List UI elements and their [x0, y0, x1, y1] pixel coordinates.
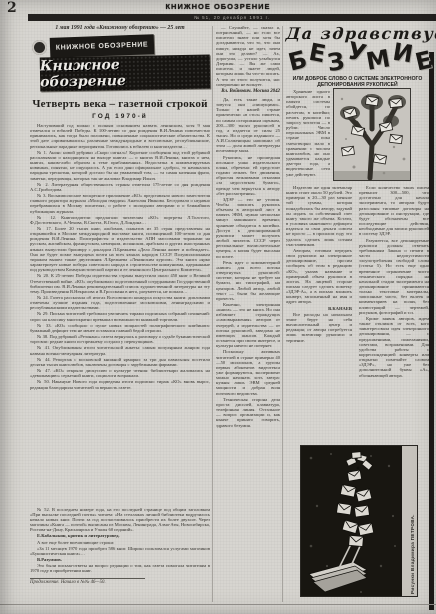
paragraph: № 44. Репортаж с московской книжной ярма… — [30, 357, 210, 367]
paragraph: № 17. Более 20 тысяч книг, альбомов, пла… — [30, 226, 210, 272]
newspaper-logo-graphic: КНИЖНОЕ ОБОЗРЕНИЕ Книжное обозрение — [30, 34, 210, 92]
left-article-headline: Четверть века – газетной строкой — [30, 98, 210, 110]
anniversary-line: 1 мая 1991 года «Книжному обозрению» — 2… — [30, 25, 210, 31]
paragraph: № 3. Восьмиполосное воскресное приложени… — [30, 193, 210, 214]
paragraph: Техническая сторона дела проста: дисплей… — [216, 397, 280, 428]
paragraph: № 50. Накануне Нового года подведены ито… — [30, 379, 210, 389]
right-article: Да здравствует БЕЗУМИЕ ИЛИ ДОБРОЕ СЛОВО … — [286, 25, 429, 605]
illustration-envelope-tree — [333, 88, 411, 181]
epigraph-quote: — Слушайте, — сказал я, потрясенный, — н… — [216, 25, 280, 87]
issue-date-band: № 51, 20 декабря 1991 г. — [28, 14, 436, 21]
paragraph: Кроме заявок авторов, ждем также отклико… — [359, 316, 429, 378]
paragraph: № 12. Книгоиздатели предлагали читателям… — [30, 215, 210, 225]
paragraph: № 47. «КО» открыло дискуссию о культуре … — [30, 368, 210, 378]
illustration-envelope-bird: Рисунки Владимира ПЕТРОВА. — [300, 445, 418, 597]
paragraph: № 33. «КО» сообщало о пуске новых мощнос… — [30, 323, 210, 333]
paragraph: Авторам, готовым передать свои рукописи … — [286, 248, 352, 305]
paragraph: № 38. Под рубрикой «Резонанс» газета вер… — [30, 334, 210, 344]
paragraph: Все расходы на начальном этапе берут на … — [286, 312, 352, 343]
art-word-bezumie: БЕЗУМИЕ — [286, 41, 433, 77]
paragraph: № 2. Литературная общественность страны … — [30, 182, 210, 192]
paragraph: Конечно, электронная «книга» — это не кн… — [216, 302, 280, 348]
paragraph: Е.Кабалыкин, критик и литературовед. — [30, 533, 210, 538]
paragraph: Речь идет о компьютерной «нише» для всег… — [216, 260, 280, 301]
paragraph: А вот еще более впечатляющие строки: — [30, 540, 210, 545]
left-article-closing: № 52. В последнем номере года, на его по… — [30, 507, 210, 575]
paragraph: Да, есть такие люди, и зовутся они «пишу… — [216, 97, 280, 154]
paragraph: Хранение одного авторского листа в памят… — [286, 89, 330, 177]
epigraph-source: Вл. Войнович. Москва 2042 — [216, 89, 280, 94]
paragraph: № 20. К 25-летию Победы издательства стр… — [30, 273, 210, 294]
epigraph-text: — Слушайте, — сказал я, потрясенный, — н… — [216, 25, 280, 87]
paragraph: № 1. Анонс новой рубрики «Скоро сигнал»!… — [30, 150, 210, 181]
middle-column: — Слушайте, — сказал я, потрясенный, — н… — [216, 25, 280, 603]
paragraph: Если количество таких писем превысит 300… — [359, 185, 429, 237]
column-rule-right — [282, 26, 283, 602]
left-article-body: Наступивший год можно с полным основание… — [30, 123, 210, 507]
envelope-bird-drawing — [301, 446, 417, 596]
paragraph: «За 11 месяцев 1970 года приобрел 586 кн… — [30, 546, 210, 556]
envelope-tree-drawing — [334, 89, 410, 180]
logo-banner-main: Книжное обозрение — [40, 55, 211, 92]
paragraph: Наступивший год можно с полным основание… — [30, 123, 210, 149]
right-article-column-a: Издателю же один экземпляр книги стоит о… — [286, 185, 352, 441]
art-letter: И — [390, 40, 415, 79]
paragraph: В.КАНАЕВ — [286, 306, 352, 311]
paragraph: № 29. Письма читателей требовали увеличи… — [30, 311, 210, 321]
art-letter: Е — [305, 40, 328, 78]
page-edge-bar — [429, 52, 434, 610]
paragraph: № 41. Опубликованы итоги читательской ан… — [30, 345, 210, 355]
paragraph: Это были письма-ответы на вопрос редакци… — [30, 563, 210, 573]
art-letter: У — [342, 38, 368, 77]
paragraph: ЗДЭР — это не утопия. Чтобы записать рук… — [216, 197, 280, 259]
right-article-subtitle: ИЛИ ДОБРОЕ СЛОВО О СИСТЕМЕ ЭЛЕКТРОННОГО … — [286, 77, 429, 88]
paragraph: Разумеется, все депонируемые рукописи до… — [359, 238, 429, 315]
column-rule-left — [212, 26, 213, 602]
middle-column-body: Да, есть такие люди, и зовутся они «пишу… — [216, 97, 280, 428]
paragraph: В.Разумнов. — [30, 557, 210, 562]
newspaper-page: 2 КНИЖНОЕ ОБОЗРЕНИЕ № 51, 20 декабря 199… — [0, 0, 436, 614]
paragraph: Поскольку активных читателей в стране пр… — [216, 349, 280, 395]
left-article: 1 мая 1991 года «Книжному обозрению» — 2… — [30, 25, 210, 585]
continuation-note: Продолжение. Начало в №№ 46—50. — [30, 578, 145, 586]
logo-emblem-icon — [32, 40, 47, 55]
right-article-column-b: Если количество таких писем превысит 300… — [359, 185, 429, 441]
paragraph: Рукопись, не прошедшая игольное ушко изд… — [216, 155, 280, 196]
logo-banner-small: КНИЖНОЕ ОБОЗРЕНИЕ — [50, 34, 155, 58]
left-article-kicker: ГОД 1970-й — [30, 113, 210, 120]
issue-date-text: № 51, 20 декабря 1991 г. — [194, 15, 270, 20]
right-article-intro-column: Хранение одного авторского листа в памят… — [286, 89, 330, 181]
paragraph: № 24. Газета рассказала об итогах Всесою… — [30, 295, 210, 310]
illustration-credit: Рисунки Владимира ПЕТРОВА. — [410, 450, 415, 594]
newspaper-masthead: КНИЖНОЕ ОБОЗРЕНИЕ — [0, 2, 436, 11]
paragraph: Издателю же один экземпляр книги стоит о… — [286, 185, 352, 247]
paragraph: № 52. В последнем номере года, на его по… — [30, 507, 210, 533]
